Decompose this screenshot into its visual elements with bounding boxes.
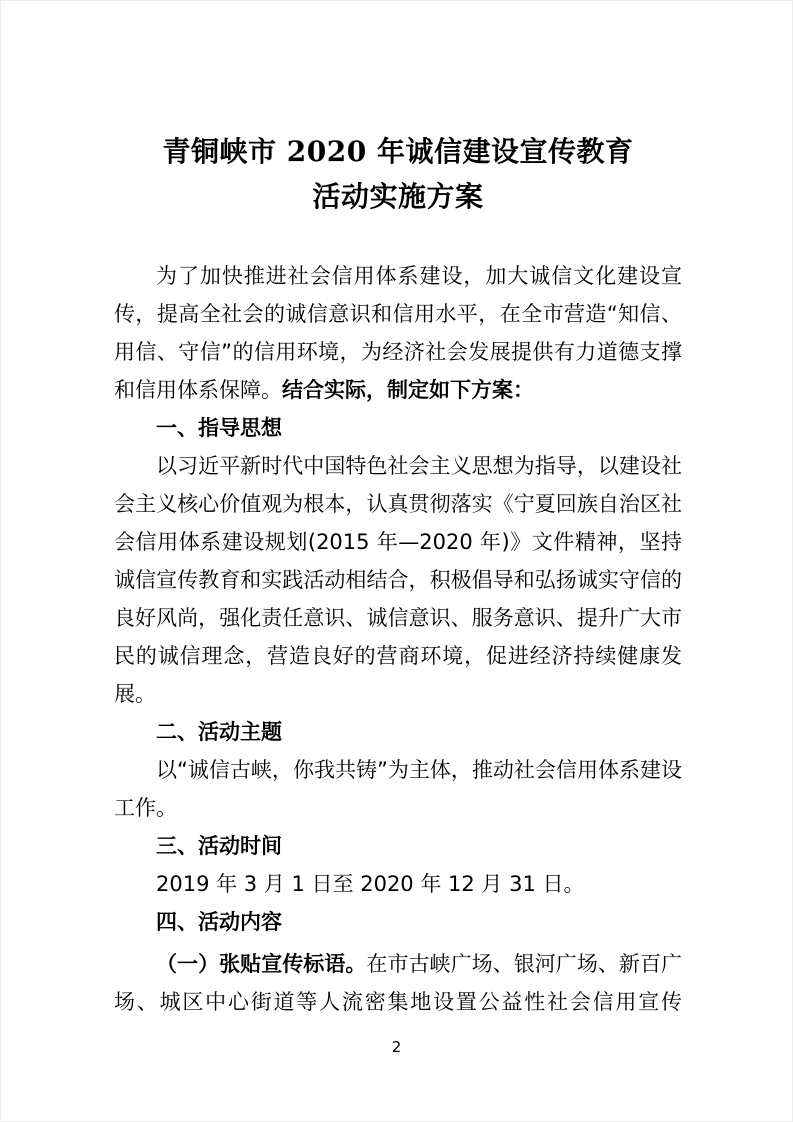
paragraph-guiding-ideology: 以习近平新时代中国特色社会主义思想为指导，以建设社会主义核心价值观为根本，认真贯… bbox=[114, 447, 682, 713]
section-heading-2: 二、活动主题 bbox=[114, 713, 682, 751]
document-content: 青铜峡市 2020 年诚信建设宣传教育 活动实施方案 为了加快推进社会信用体系建… bbox=[114, 129, 682, 1021]
document-title: 青铜峡市 2020 年诚信建设宣传教育 活动实施方案 bbox=[114, 129, 682, 219]
section-heading-4: 四、活动内容 bbox=[114, 903, 682, 941]
paragraph-item-1-bold-lead: （一）张贴宣传标语。 bbox=[156, 952, 366, 976]
document-title-line-1: 青铜峡市 2020 年诚信建设宣传教育 bbox=[114, 129, 682, 174]
section-heading-1: 一、指导思想 bbox=[114, 409, 682, 447]
paragraph-intro-bold-tail: 结合实际，制定如下方案： bbox=[282, 378, 534, 402]
document-page: 青铜峡市 2020 年诚信建设宣传教育 活动实施方案 为了加快推进社会信用体系建… bbox=[0, 0, 793, 1122]
section-heading-3: 三、活动时间 bbox=[114, 827, 682, 865]
page-number: 2 bbox=[1, 1037, 792, 1057]
paragraph-activity-theme: 以“诚信古峡，你我共铸”为主体，推动社会信用体系建设工作。 bbox=[114, 751, 682, 827]
paragraph-item-1: （一）张贴宣传标语。在市古峡广场、银河广场、新百广场、城区中心街道等人流密集地设… bbox=[114, 945, 682, 1021]
paragraph-activity-time: 2019 年 3 月 1 日至 2020 年 12 月 31 日。 bbox=[114, 865, 682, 903]
document-title-line-2: 活动实施方案 bbox=[114, 174, 682, 219]
paragraph-intro: 为了加快推进社会信用体系建设，加大诚信文化建设宣传，提高全社会的诚信意识和信用水… bbox=[114, 257, 682, 409]
